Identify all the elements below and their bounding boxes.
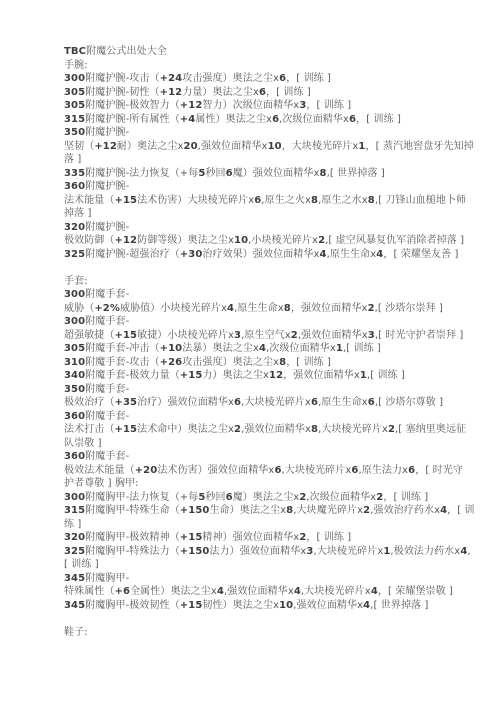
text-line: 325附魔胸甲-特殊法力（+150法力）强效位面精华x3,大块棱光碎片x1,极效… [64,545,464,559]
document: TBC附魔公式出处大全 手腕:300附魔护腕-攻击（+24攻击强度）奥法之尘x6… [64,45,464,639]
text-line: 325附魔护腕-超强治疗（+30治疗效果）强效位面精华x4,原生生命x4，[ 荣… [64,248,464,262]
text-line: 极效治疗（+35治疗）强效位面精华x6,大块棱光碎片x6,原生生命x6,[ 沙塔… [64,396,464,410]
text-line: 320附魔胸甲-极效精神（+15精神）强效位面精华x2，[ 训练 ] [64,531,464,545]
text-line: 鞋子: [64,626,464,640]
blank-line [64,612,464,626]
text-line: 360附魔手套- [64,410,464,424]
text-line: 队崇敬 ] [64,437,464,451]
text-line: 360附魔护腕- [64,180,464,194]
text-line: 320附魔护腕- [64,221,464,235]
text-line: 300附魔手套- [64,315,464,329]
text-line: 特殊属性（+6全属性）奥法之尘x4,强效位面精华x4,大块棱光碎片x4，[ 荣耀… [64,585,464,599]
document-body: 手腕:300附魔护腕-攻击（+24攻击强度）奥法之尘x6，[ 训练 ]305附魔… [64,59,464,640]
text-line: 340附魔手套-极效力量（+15力）奥法之尘x12，强效位面精华x1,[ 训练 … [64,369,464,383]
text-line: 345附魔胸甲- [64,572,464,586]
text-line: 威胁（+2%威胁值）小块棱光碎片x4,原生生命x8，强效位面精华x2,[ 沙塔尔… [64,302,464,316]
text-line: 350附魔手套- [64,383,464,397]
text-line: 335附魔护腕-法力恢复（+每5秒回6魔）强效位面精华x8,[ 世界掉落 ] [64,167,464,181]
text-line: 手腕: [64,59,464,73]
text-line: 手套: [64,275,464,289]
text-line: 305附魔护腕-极效智力（+12智力）次级位面精华x3，[ 训练 ] [64,99,464,113]
text-line: 305附魔护腕-韧性（+12力量）奥法之尘x6，[ 训练 ] [64,86,464,100]
text-line: 350附魔护腕- [64,126,464,140]
text-line: 超强敏捷（+15敏捷）小块棱光碎片x3,原生空气x2,强效位面精华x3,[ 时光… [64,329,464,343]
page: { "document": { "title": "TBC附魔公式出处大全", … [0,0,500,707]
text-line: 305附魔手套-冲击（+10法暴）奥法之尘x4,次级位面精华x1,[ 训练 ] [64,342,464,356]
text-line: 300附魔手套- [64,288,464,302]
text-line: [ 训练 ] [64,558,464,572]
text-line: 法术打击（+15法术命中）奥法之尘x2,强效位面精华x8,大块棱光碎片x2,[ … [64,423,464,437]
text-line: 练 ] [64,518,464,532]
text-line: 极效法术能量（+20法术伤害）强效位面精华x6,大块棱光碎片x6,原生法力x6，… [64,464,464,478]
text-line: 坚韧（+12耐）奥法之尘x20,强效位面精华x10，大块棱光碎片x1，[ 蒸汽地… [64,140,464,154]
text-line: 315附魔护腕-所有属性（+4属性）奥法之尘x6,次级位面精华x6，[ 训练 ] [64,113,464,127]
text-line: 掉落 ] [64,207,464,221]
text-line: 落 ] [64,153,464,167]
text-line: 315附魔胸甲-特殊生命（+150生命）奥法之尘x8,大块魔光碎片x2,强效治疗… [64,504,464,518]
text-line: 300附魔胸甲-法力恢复（+每5秒回6魔）奥法之尘x2,次级位面精华x2，[ 训… [64,491,464,505]
text-line: 法术能量（+15法术伤害）大块棱光碎片x6,原生之火x8,原生之水x8,[ 刀锋… [64,194,464,208]
text-line: 345附魔胸甲-极效韧性（+15韧性）奥法之尘x10,强效位面精华x4,[ 世界… [64,599,464,613]
text-line: 护者尊敬 ] 胸甲: [64,477,464,491]
text-line: 300附魔护腕-攻击（+24攻击强度）奥法之尘x6，[ 训练 ] [64,72,464,86]
text-line: 极效防御（+12防御等级）奥法之尘x10,小块棱光碎片x2,[ 虚空风暴复仇军消… [64,234,464,248]
text-line: 310附魔手套-攻击（+26攻击强度）奥法之尘x8，[ 训练 ] [64,356,464,370]
document-title: TBC附魔公式出处大全 [64,45,464,59]
blank-line [64,261,464,275]
text-line: 360附魔手套- [64,450,464,464]
